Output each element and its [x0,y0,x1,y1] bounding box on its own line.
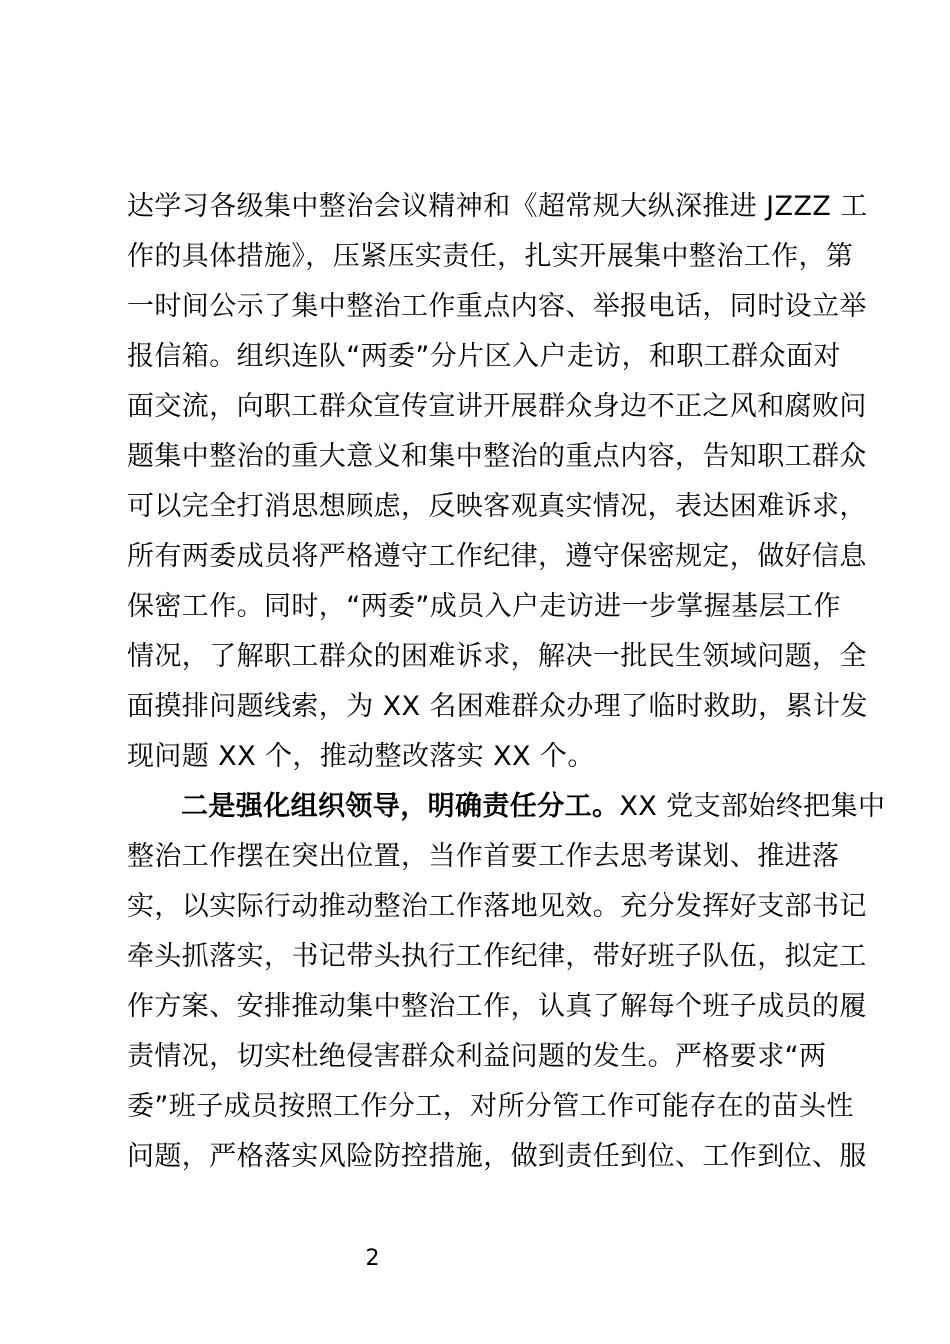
paragraph-1: 达学习各级集中整治会议精神和《超常规大纵深推进 JZZZ 工 作的具体措施》，压… [127,182,835,782]
text-line: 一时间公示了集中整治工作重点内容、举报电话，同时设立举 [127,282,835,332]
text-line: 问题，严格落实风险防控措施，做到责任到位、工作到位、服 [127,1132,835,1182]
text-line: 所有两委成员将严格遵守工作纪律，遵守保密规定，做好信息 [127,532,835,582]
text-line: 情况，了解职工群众的困难诉求，解决一批民生领域问题，全 [127,632,835,682]
text-line: 整治工作摆在突出位置，当作首要工作去思考谋划、推进落 [127,832,835,882]
text-line: 达学习各级集中整治会议精神和《超常规大纵深推进 JZZZ 工 [127,182,835,232]
text-line: 现问题 XX 个，推动整改落实 XX 个。 [127,732,835,782]
text-line: 责情况，切实杜绝侵害群众利益问题的发生。严格要求“两 [127,1032,835,1082]
body-text: 达学习各级集中整治会议精神和《超常规大纵深推进 JZZZ 工 作的具体措施》，压… [127,182,835,1182]
text-line: 题集中整治的重大意义和集中整治的重点内容，告知职工群众 [127,432,835,482]
text-line: 实，以实际行动推动整治工作落地见效。充分发挥好支部书记 [127,882,835,932]
paragraph-heading: 二是强化组织领导，明确责任分工。 [181,782,619,832]
page-number: 2 [0,1244,745,1274]
text-line: 委”班子成员按照工作分工，对所分管工作可能存在的苗头性 [127,1082,835,1132]
text-line: 作方案、安排推动集中整治工作，认真了解每个班子成员的履 [127,982,835,1032]
text-line: 报信箱。组织连队“两委”分片区入户走访，和职工群众面对 [127,332,835,382]
text-line: 二是强化组织领导，明确责任分工。XX 党支部始终把集中 [127,782,835,832]
text-line: 保密工作。同时，“两委”成员入户走访进一步掌握基层工作 [127,582,835,632]
text-line: 作的具体措施》，压紧压实责任，扎实开展集中整治工作，第 [127,232,835,282]
document-page: 达学习各级集中整治会议精神和《超常规大纵深推进 JZZZ 工 作的具体措施》，压… [0,0,950,1344]
text-line: 可以完全打消思想顾虑，反映客观真实情况，表达困难诉求， [127,482,835,532]
text-line: 牵头抓落实，书记带头执行工作纪律，带好班子队伍，拟定工 [127,932,835,982]
text-line: 面摸排问题线索，为 XX 名困难群众办理了临时救助，累计发 [127,682,835,732]
text-line: 面交流，向职工群众宣传宣讲开展群众身边不正之风和腐败问 [127,382,835,432]
paragraph-2: 二是强化组织领导，明确责任分工。XX 党支部始终把集中 整治工作摆在突出位置，当… [127,782,835,1182]
